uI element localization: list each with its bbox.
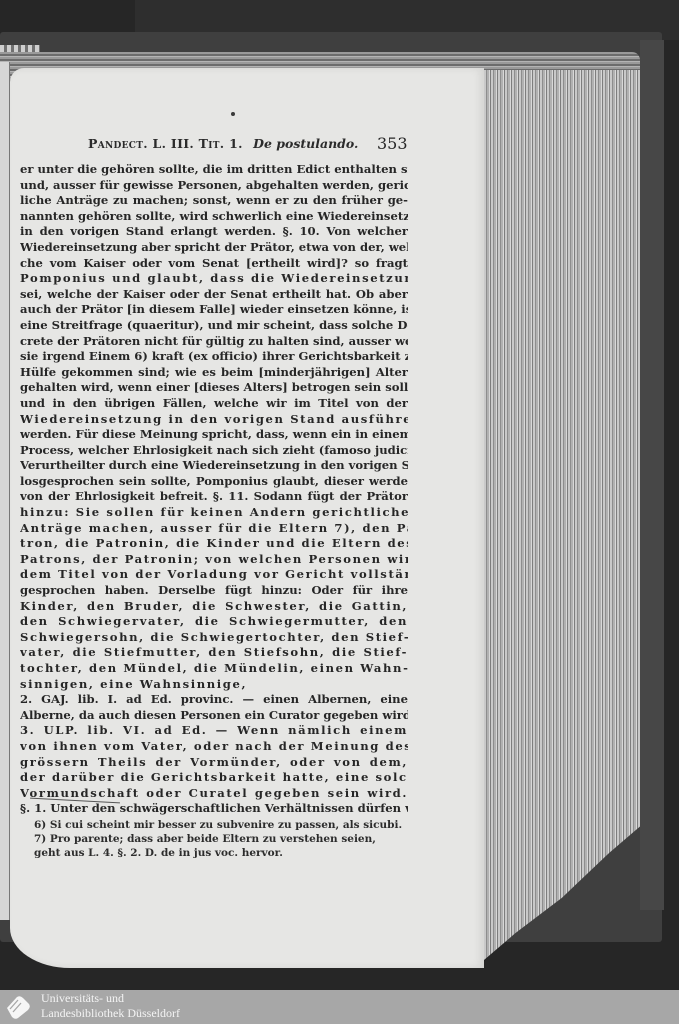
text-line: sei, welche der Kaiser oder der Senat er…	[20, 287, 408, 303]
text-line: §. 1. Unter den schwägerschaftlichen Ver…	[20, 801, 408, 817]
text-line: dem Titel von der Vorladung vor Gericht …	[20, 567, 408, 583]
text-line: Patrons, der Patronin; von welchen Perso…	[20, 552, 408, 568]
footnotes: 6) Si cui scheint mir besser zu subvenir…	[34, 818, 406, 860]
running-header: Pandect. L. III. Tit. 1. De postulando.	[88, 136, 408, 151]
text-line: tron, die Patronin, die Kinder und die E…	[20, 536, 408, 552]
text-line: hinzu: Sie sollen für keinen Andern geri…	[20, 505, 408, 521]
text-line: und, ausser für gewisse Personen, abgeha…	[20, 178, 408, 194]
scan-background: Pandect. L. III. Tit. 1. De postulando. …	[0, 0, 679, 990]
text-line: und in den übrigen Fällen, welche wir im…	[20, 396, 408, 412]
text-line: tochter, den Mündel, die Mündelin, einen…	[20, 661, 408, 677]
text-line: Wiedereinsetzung aber spricht der Prätor…	[20, 240, 408, 256]
text-line: auch der Prätor [in diesem Falle] wieder…	[20, 302, 408, 318]
page-number: 353	[377, 134, 408, 153]
text-line: werden. Für diese Meinung spricht, dass,…	[20, 427, 408, 443]
library-name-line1: Universitäts- und	[41, 991, 180, 1006]
text-line: losgesprochen sein sollte, Pomponius gla…	[20, 474, 408, 490]
footnote-7-cont: geht aus L. 4. §. 2. D. de in jus voc. h…	[34, 846, 406, 860]
text-line: der darüber die Gerichtsbarkeit hatte, e…	[20, 770, 408, 786]
text-line: Wiedereinsetzung in den vorigen Stand au…	[20, 412, 408, 428]
text-line: er unter die gehören sollte, die im drit…	[20, 162, 408, 178]
text-line: sie irgend Einem 6) kraft (ex officio) i…	[20, 349, 408, 365]
text-line: sinnigen, eine Wahnsinnige,	[20, 677, 408, 693]
library-name-line2: Landesbibliothek Düsseldorf	[41, 1006, 180, 1021]
text-line: 3. ULP. lib. VI. ad Ed. — Wenn nämlich e…	[20, 723, 408, 739]
text-line: liche Anträge zu machen; sonst, wenn er …	[20, 193, 408, 209]
text-line: den Schwiegervater, die Schwiegermutter,…	[20, 614, 408, 630]
text-line: crete der Prätoren nicht für gültig zu h…	[20, 334, 408, 350]
text-line: nannten gehören sollte, wird schwerlich …	[20, 209, 408, 225]
footnote-6: 6) Si cui scheint mir besser zu subvenir…	[34, 818, 406, 832]
body-text: er unter die gehören sollte, die im drit…	[20, 162, 408, 817]
library-name: Universitäts- und Landesbibliothek Düsse…	[41, 991, 180, 1021]
text-line: gehalten wird, wenn einer [dieses Alters…	[20, 380, 408, 396]
text-line: Vormundschaft oder Curatel gegeben sein …	[20, 786, 408, 802]
text-line: Pomponius und glaubt, dass die Wiederein…	[20, 271, 408, 287]
text-line: Hülfe gekommen sind; wie es beim [minder…	[20, 365, 408, 381]
text-line: vater, die Stiefmutter, den Stiefsohn, d…	[20, 645, 408, 661]
text-line: von ihnen vom Vater, oder nach der Meinu…	[20, 739, 408, 755]
text-line: grössern Theils der Vormünder, oder von …	[20, 755, 408, 771]
text-line: Verurtheilter durch eine Wiedereinsetzun…	[20, 458, 408, 474]
text-line: eine Streitfrage (quaeritur), und mir sc…	[20, 318, 408, 334]
footnote-7: 7) Pro parente; dass aber beide Eltern z…	[34, 832, 406, 846]
text-line: 2. GAJ. lib. I. ad Ed. provinc. — einen …	[20, 692, 408, 708]
book-cover-edge	[640, 40, 664, 910]
text-line: Kinder, den Bruder, die Schwester, die G…	[20, 599, 408, 615]
running-head: Pandect. L. III. Tit. 1.	[88, 136, 243, 151]
text-line: von der Ehrlosigkeit befreit. §. 11. Sod…	[20, 489, 408, 505]
ink-spot	[231, 112, 235, 116]
text-line: Alberne, da auch diesen Personen ein Cur…	[20, 708, 408, 724]
text-line: in den vorigen Stand erlangt werden. §. …	[20, 224, 408, 240]
text-line: Anträge machen, ausser für die Eltern 7)…	[20, 521, 408, 537]
text-line: Process, welcher Ehrlosigkeit nach sich …	[20, 443, 408, 459]
left-page-leaf	[0, 62, 10, 920]
book-logo-icon	[4, 994, 32, 1020]
running-title: De postulando.	[253, 136, 358, 151]
text-line: che vom Kaiser oder vom Senat [ertheilt …	[20, 256, 408, 272]
page-stack-right	[484, 70, 640, 960]
text-line: Schwiegersohn, die Schwiegertochter, den…	[20, 630, 408, 646]
text-line: gesprochen haben. Derselbe fügt hinzu: O…	[20, 583, 408, 599]
